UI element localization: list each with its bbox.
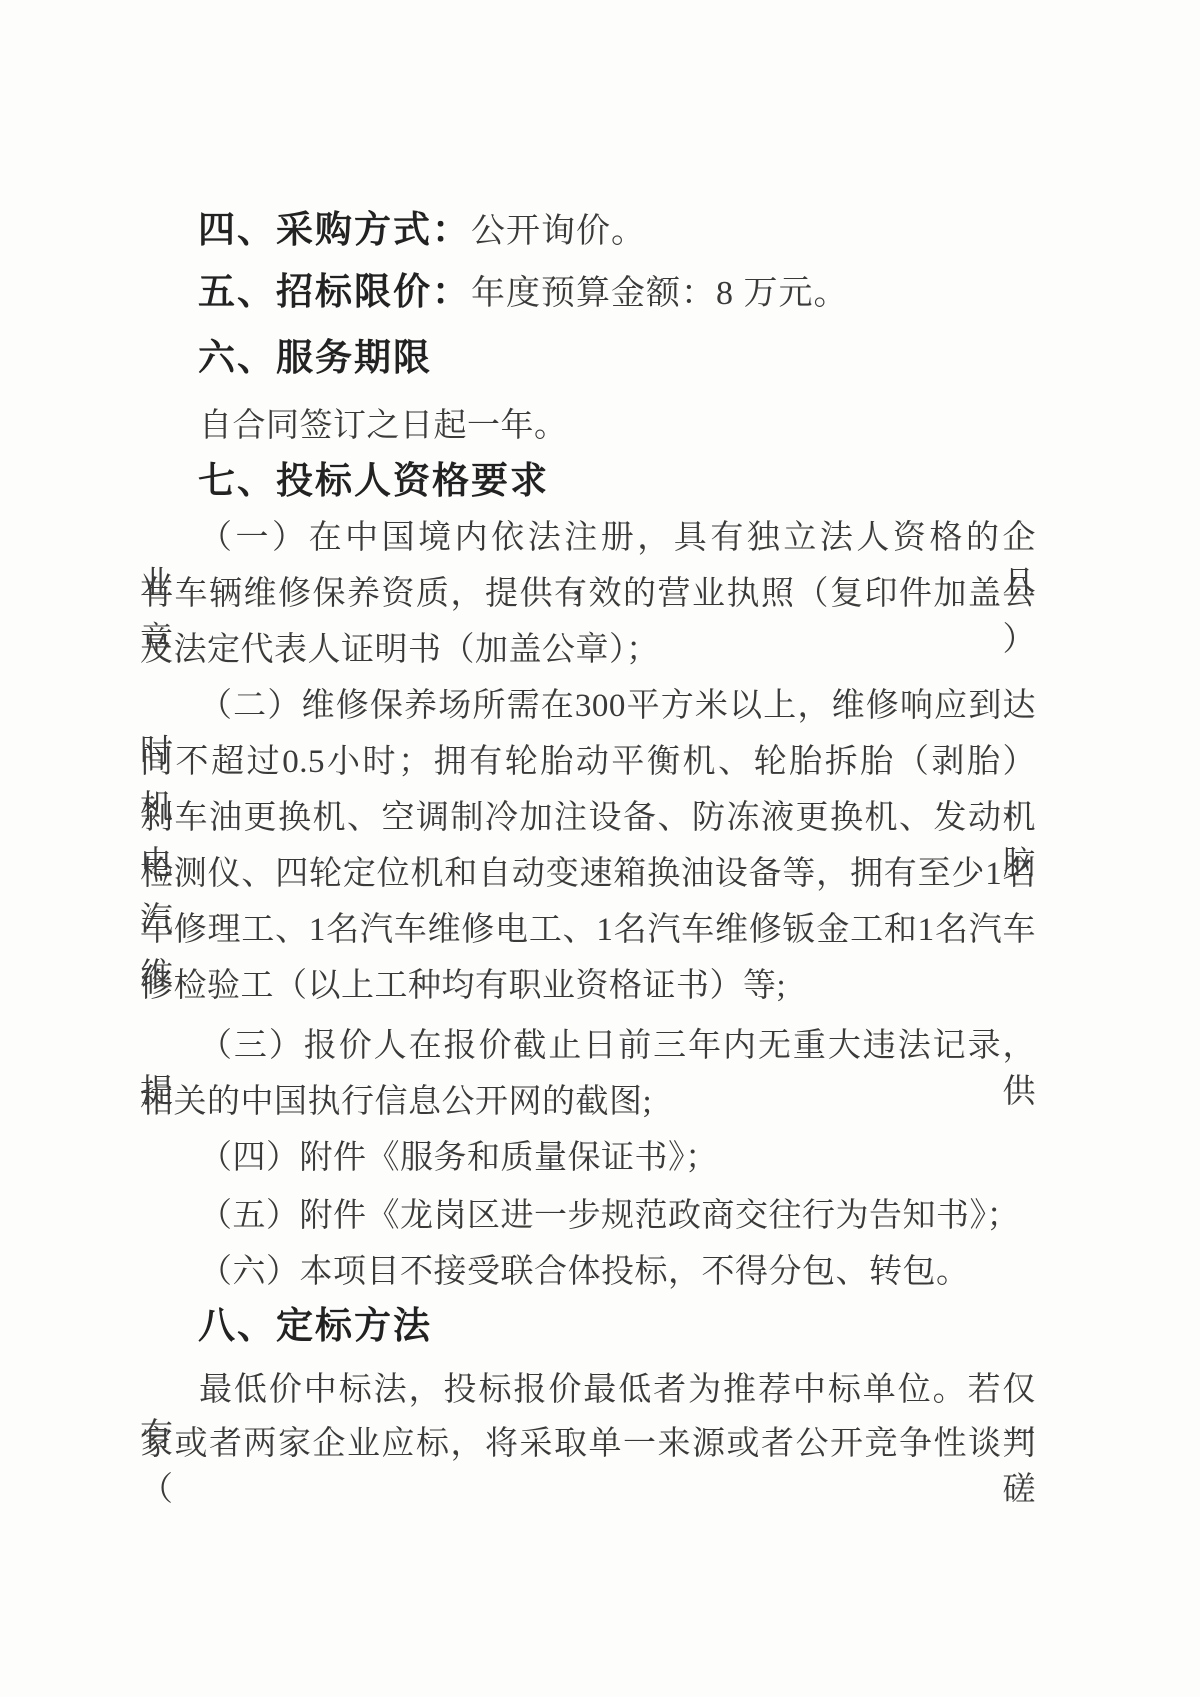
section-heading-award-method: 八、定标方法: [198, 1303, 432, 1349]
section-heading-value: 年度预算金额：8 万元。: [471, 275, 849, 312]
qualification-item-6: （六）本项目不接受联合体投标，不得分包、转包。: [140, 1249, 1036, 1295]
qualification-item-1-line-3: 及法定代表人证明书（加盖公章）；: [140, 627, 1036, 673]
qualification-item-4: （四）附件《服务和质量保证书》；: [140, 1135, 1036, 1181]
service-period-text: 自合同签订之日起一年。: [140, 403, 1036, 449]
section-heading-service-period: 六、服务期限: [198, 335, 432, 381]
document-page: 四、采购方式：公开询价。 五、招标限价：年度预算金额：8 万元。 六、服务期限 …: [0, 0, 1200, 1697]
qualification-item-2-line-4: 检测仪、四轮定位机和自动变速箱换油设备等，拥有至少1名汽: [140, 851, 1036, 897]
qualification-item-3-line-1: （三）报价人在报价截止日前三年内无重大违法记录，提供: [140, 1023, 1036, 1069]
qualification-item-2-line-2: 间不超过0.5小时；拥有轮胎动平衡机、轮胎拆胎（剥胎）机、: [140, 739, 1036, 785]
section-heading-label: 五、招标限价：: [198, 271, 471, 312]
section-heading-bidder-qualifications: 七、投标人资格要求: [198, 458, 549, 504]
award-method-line-1: 最低价中标法，投标报价最低者为推荐中标单位。若仅有一: [140, 1367, 1036, 1413]
qualification-item-1-line-1: （一）在中国境内依法注册，具有独立法人资格的企业，且: [140, 515, 1036, 561]
award-method-line-2: 家或者两家企业应标，将采取单一来源或者公开竞争性谈判（磋: [140, 1421, 1036, 1467]
qualification-item-2-line-5: 车修理工、1名汽车维修电工、1名汽车维修钣金工和1名汽车维: [140, 907, 1036, 953]
section-heading-procurement-method: 四、采购方式：公开询价。: [198, 207, 646, 253]
section-heading-value: 公开询价。: [471, 213, 646, 250]
qualification-item-5: （五）附件《龙岗区进一步规范政商交往行为告知书》；: [140, 1193, 1036, 1239]
section-heading-price-limit: 五、招标限价：年度预算金额：8 万元。: [198, 269, 849, 315]
section-heading-label: 四、采购方式：: [198, 209, 471, 250]
qualification-item-3-line-2: 相关的中国执行信息公开网的截图;: [140, 1079, 1036, 1125]
qualification-item-2-line-1: （二）维修保养场所需在300平方米以上，维修响应到达时: [140, 683, 1036, 729]
qualification-item-2-line-6: 修检验工（以上工种均有职业资格证书）等;: [140, 963, 1036, 1009]
qualification-item-2-line-3: 刹车油更换机、空调制冷加注设备、防冻液更换机、发动机电脑: [140, 795, 1036, 841]
qualification-item-1-line-2: 有车辆维修保养资质，提供有效的营业执照（复印件加盖公章）: [140, 571, 1036, 617]
